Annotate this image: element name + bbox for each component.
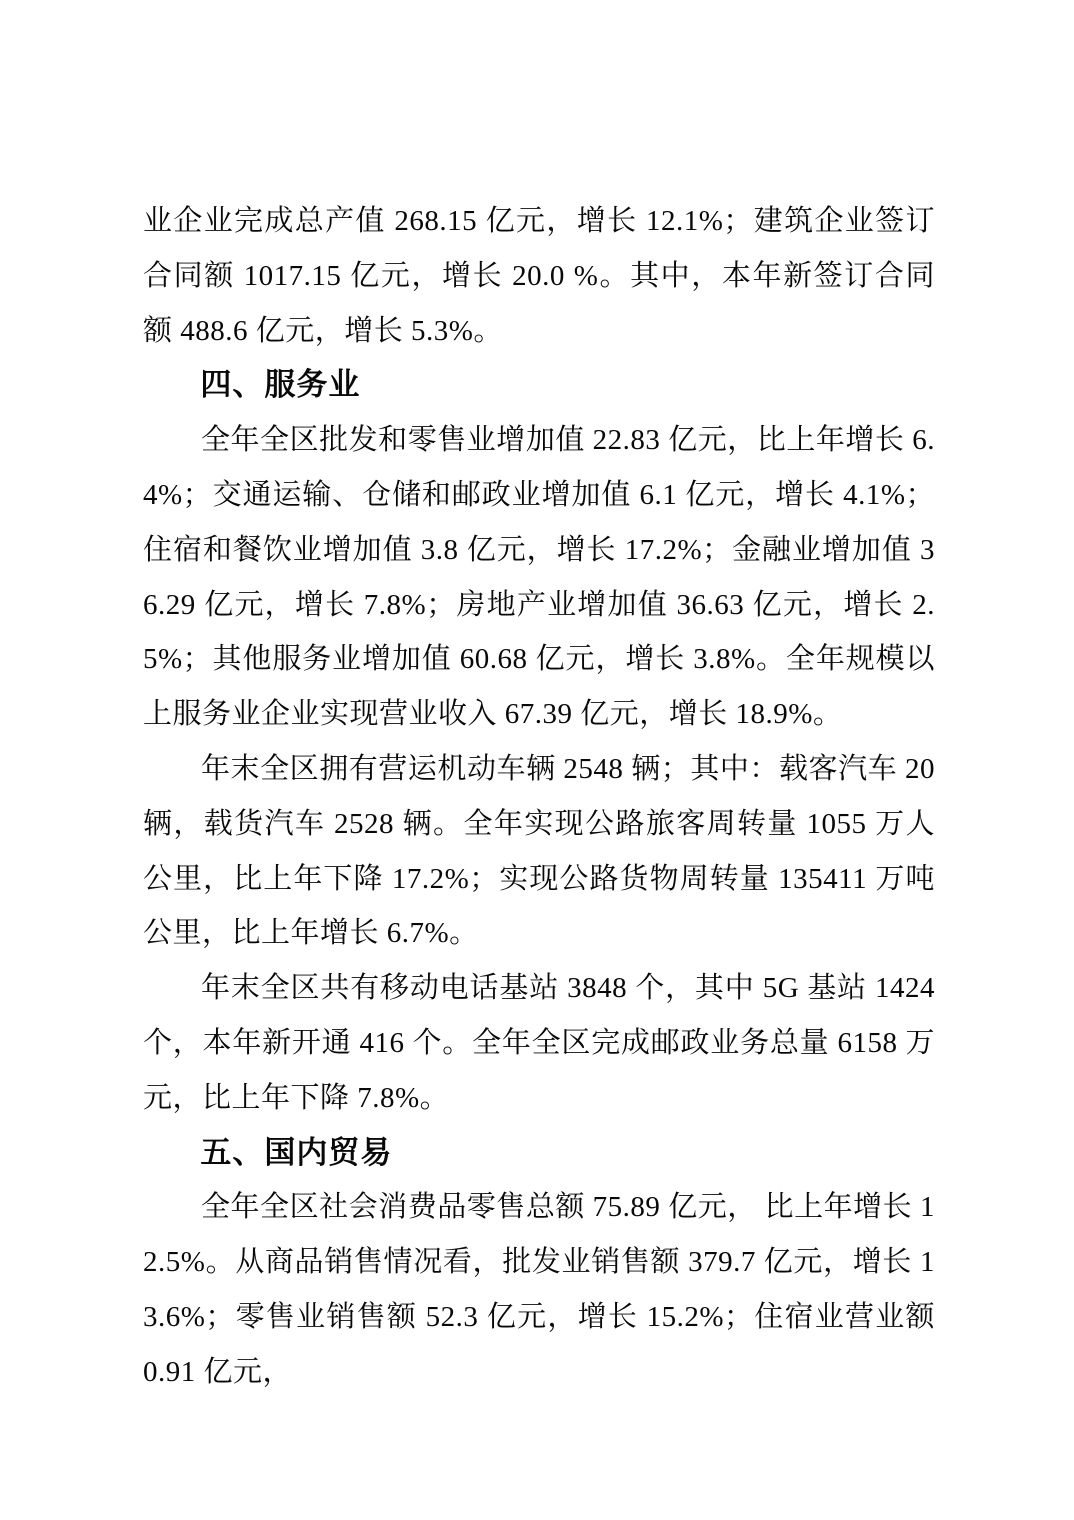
document-page: 业企业完成总产值 268.15 亿元，增长 12.1%；建筑企业签订合同额 10… bbox=[0, 0, 1074, 1520]
paragraph-services-value-added: 全年全区批发和零售业增加值 22.83 亿元，比上年增长 6.4%；交通运输、仓… bbox=[143, 413, 935, 742]
paragraph-telecom-postal: 年末全区共有移动电话基站 3848 个，其中 5G 基站 1424 个，本年新开… bbox=[143, 961, 935, 1125]
paragraph-retail-sales: 全年全区社会消费品零售总额 75.89 亿元， 比上年增长 12.5%。从商品销… bbox=[143, 1180, 935, 1399]
heading-section-5-domestic-trade: 五、国内贸易 bbox=[143, 1126, 935, 1181]
paragraph-construction-continued: 业企业完成总产值 268.15 亿元，增长 12.1%；建筑企业签订合同额 10… bbox=[143, 194, 935, 358]
heading-section-4-services: 四、服务业 bbox=[143, 358, 935, 413]
paragraph-transport-vehicles: 年末全区拥有营运机动车辆 2548 辆；其中：载客汽车 20 辆，载货汽车 25… bbox=[143, 742, 935, 961]
